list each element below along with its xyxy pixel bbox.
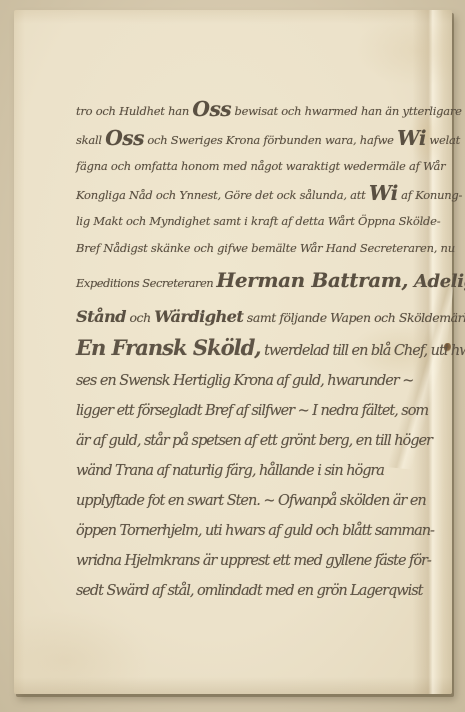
manuscript-paper: tro och Huldhet han Oss bewisat och hwar… — [14, 10, 452, 694]
text-segment: Adeligt ~ — [408, 271, 465, 292]
text-segment: lig Makt och Myndighet samt i kraft af d… — [76, 214, 440, 228]
text-line: wridna Hjelmkrans är upprest ett med gyl… — [76, 546, 420, 576]
text-segment: welat — [426, 133, 460, 147]
text-segment: Wi — [397, 126, 426, 150]
text-line: tro och Huldhet han Oss bewisat och hwar… — [76, 96, 420, 125]
text-line: ses en Swensk Hertiglig Krona af guld, h… — [76, 366, 420, 396]
text-line: Bref Nådigst skänke och gifwe bemälte Wå… — [76, 235, 420, 262]
text-segment: sedt Swärd af stål, omlindadt med en grö… — [76, 583, 422, 599]
text-line: fägna och omfatta honom med något warakt… — [76, 153, 420, 180]
document-scan: tro och Huldhet han Oss bewisat och hwar… — [0, 0, 465, 712]
grantee-name: Herman Battram, — [216, 268, 408, 292]
text-line: En Fransk Sköld, twerdelad till en blå C… — [76, 333, 420, 366]
text-segment: och Sweriges Krona förbunden wara, hafwe — [144, 133, 397, 147]
text-segment: Oss — [192, 97, 231, 121]
text-segment: wänd Trana af naturlig färg, hållande i … — [76, 463, 384, 479]
text-segment: Expeditions Secreteraren — [76, 276, 216, 290]
text-line: ligger ett försegladt Bref af silfwer ~ … — [76, 396, 420, 426]
text-line: Kongliga Nåd och Ynnest, Göre det ock så… — [76, 180, 420, 209]
text-line: är af guld, står på spetsen af ett grönt… — [76, 426, 420, 456]
text-segment: är af guld, står på spetsen af ett grönt… — [76, 433, 432, 449]
text-segment: öppen Tornerhjelm, uti hwars af guld och… — [76, 523, 434, 539]
text-segment: och — [126, 310, 154, 325]
text-line: lig Makt och Myndighet samt i kraft af d… — [76, 208, 420, 235]
text-segment: ligger ett försegladt Bref af silfwer ~ … — [76, 403, 428, 419]
manuscript-text: tro och Huldhet han Oss bewisat och hwar… — [76, 96, 420, 606]
text-segment: bewisat och hwarmed han än ytterligare — [231, 104, 462, 118]
text-segment: Kongliga Nåd och Ynnest, Göre det ock så… — [76, 188, 369, 202]
text-segment: Bref Nådigst skänke och gifwe bemälte Wå… — [76, 241, 455, 255]
text-line: Expeditions Secreteraren Herman Battram,… — [76, 261, 420, 302]
text-line: wänd Trana af naturlig färg, hållande i … — [76, 456, 420, 486]
text-segment: fägna och omfatta honom med något warakt… — [76, 159, 445, 173]
text-segment: En Fransk Sköld, — [76, 335, 261, 360]
text-segment: samt följande Wapen och Sköldemärke, nem… — [243, 310, 465, 325]
text-line: Stånd och Wärdighet samt följande Wapen … — [76, 302, 420, 333]
text-line: upplyftade fot en swart Sten. ~ Ofwanpå … — [76, 486, 420, 516]
text-segment: wridna Hjelmkrans är upprest ett med gyl… — [76, 553, 431, 569]
text-segment: skall — [76, 133, 105, 147]
text-segment: Wärdighet — [154, 307, 243, 326]
text-line: öppen Tornerhjelm, uti hwars af guld och… — [76, 516, 420, 546]
text-segment: ses en Swensk Hertiglig Krona af guld, h… — [76, 373, 413, 389]
text-segment: Wi — [369, 181, 398, 205]
text-segment: twerdelad till en blå Chef, uti hwilken — [261, 343, 465, 359]
text-segment: Stånd — [76, 307, 126, 326]
text-line: skall Oss och Sweriges Krona förbunden w… — [76, 125, 420, 154]
text-segment: Oss — [105, 126, 144, 150]
text-segment: upplyftade fot en swart Sten. ~ Ofwanpå … — [76, 493, 426, 509]
text-line: sedt Swärd af stål, omlindadt med en grö… — [76, 576, 420, 606]
text-segment: af Konung- — [398, 188, 462, 202]
text-segment: tro och Huldhet han — [76, 104, 192, 118]
